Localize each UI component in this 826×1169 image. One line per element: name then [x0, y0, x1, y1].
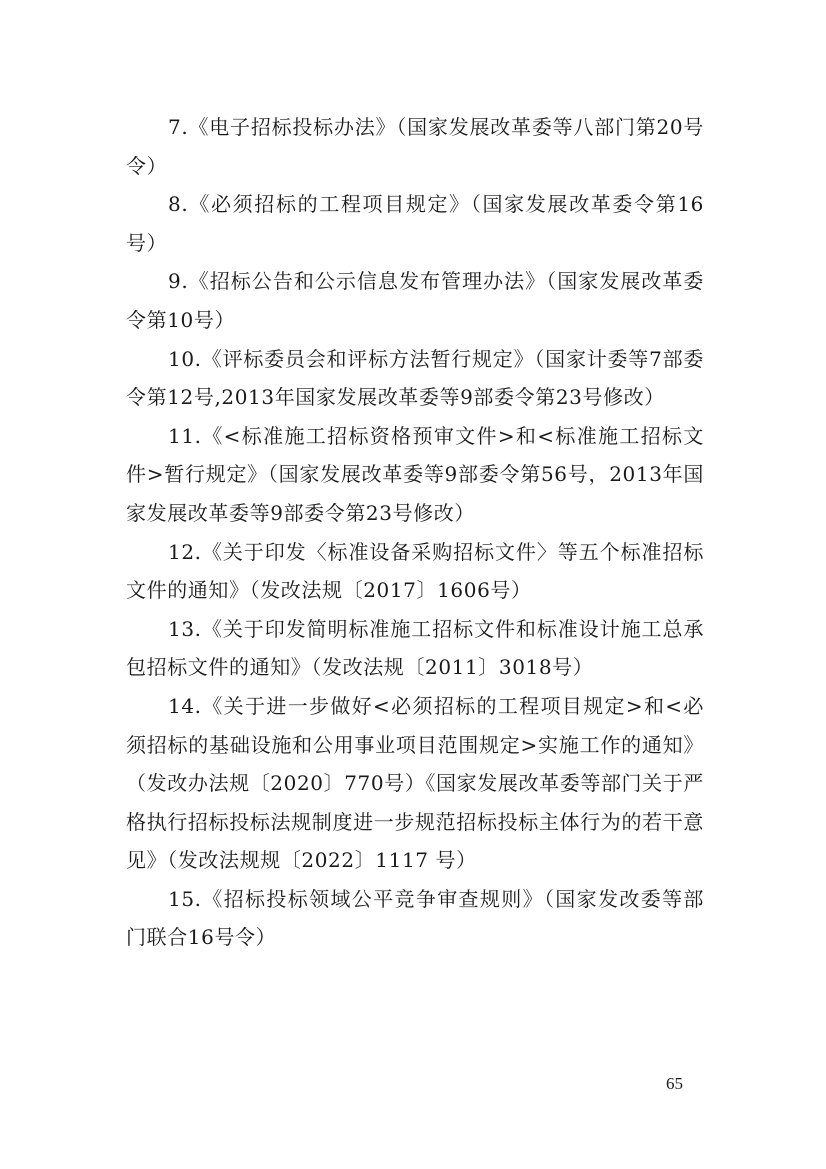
document-body: 7.《电子招标投标办法》（国家发展改革委等八部门第20号令） 8.《必须招标的工…: [126, 108, 704, 957]
list-item-9: 9.《招标公告和公示信息发布管理办法》（国家发展改革委令第10号）: [126, 262, 704, 339]
list-item-13: 13.《关于印发简明标准施工招标文件和标准设计施工总承包招标文件的通知》（发改法…: [126, 610, 704, 687]
list-item-11: 11.《<标准施工招标资格预审文件>和<标准施工招标文件>暂行规定》（国家发展改…: [126, 417, 704, 533]
list-item-15: 15.《招标投标领域公平竞争审查规则》（国家发改委等部门联合16号令）: [126, 880, 704, 957]
list-item-10: 10.《评标委员会和评标方法暂行规定》（国家计委等7部委令第12号,2013年国…: [126, 340, 704, 417]
list-item-7: 7.《电子招标投标办法》（国家发展改革委等八部门第20号令）: [126, 108, 704, 185]
list-item-14: 14.《关于进一步做好<必须招标的工程项目规定>和<必须招标的基础设施和公用事业…: [126, 687, 704, 880]
list-item-8: 8.《必须招标的工程项目规定》（国家发展改革委令第16号）: [126, 185, 704, 262]
page-number: 65: [666, 1074, 683, 1094]
list-item-12: 12.《关于印发〈标准设备采购招标文件〉等五个标准招标文件的通知》（发改法规〔2…: [126, 533, 704, 610]
